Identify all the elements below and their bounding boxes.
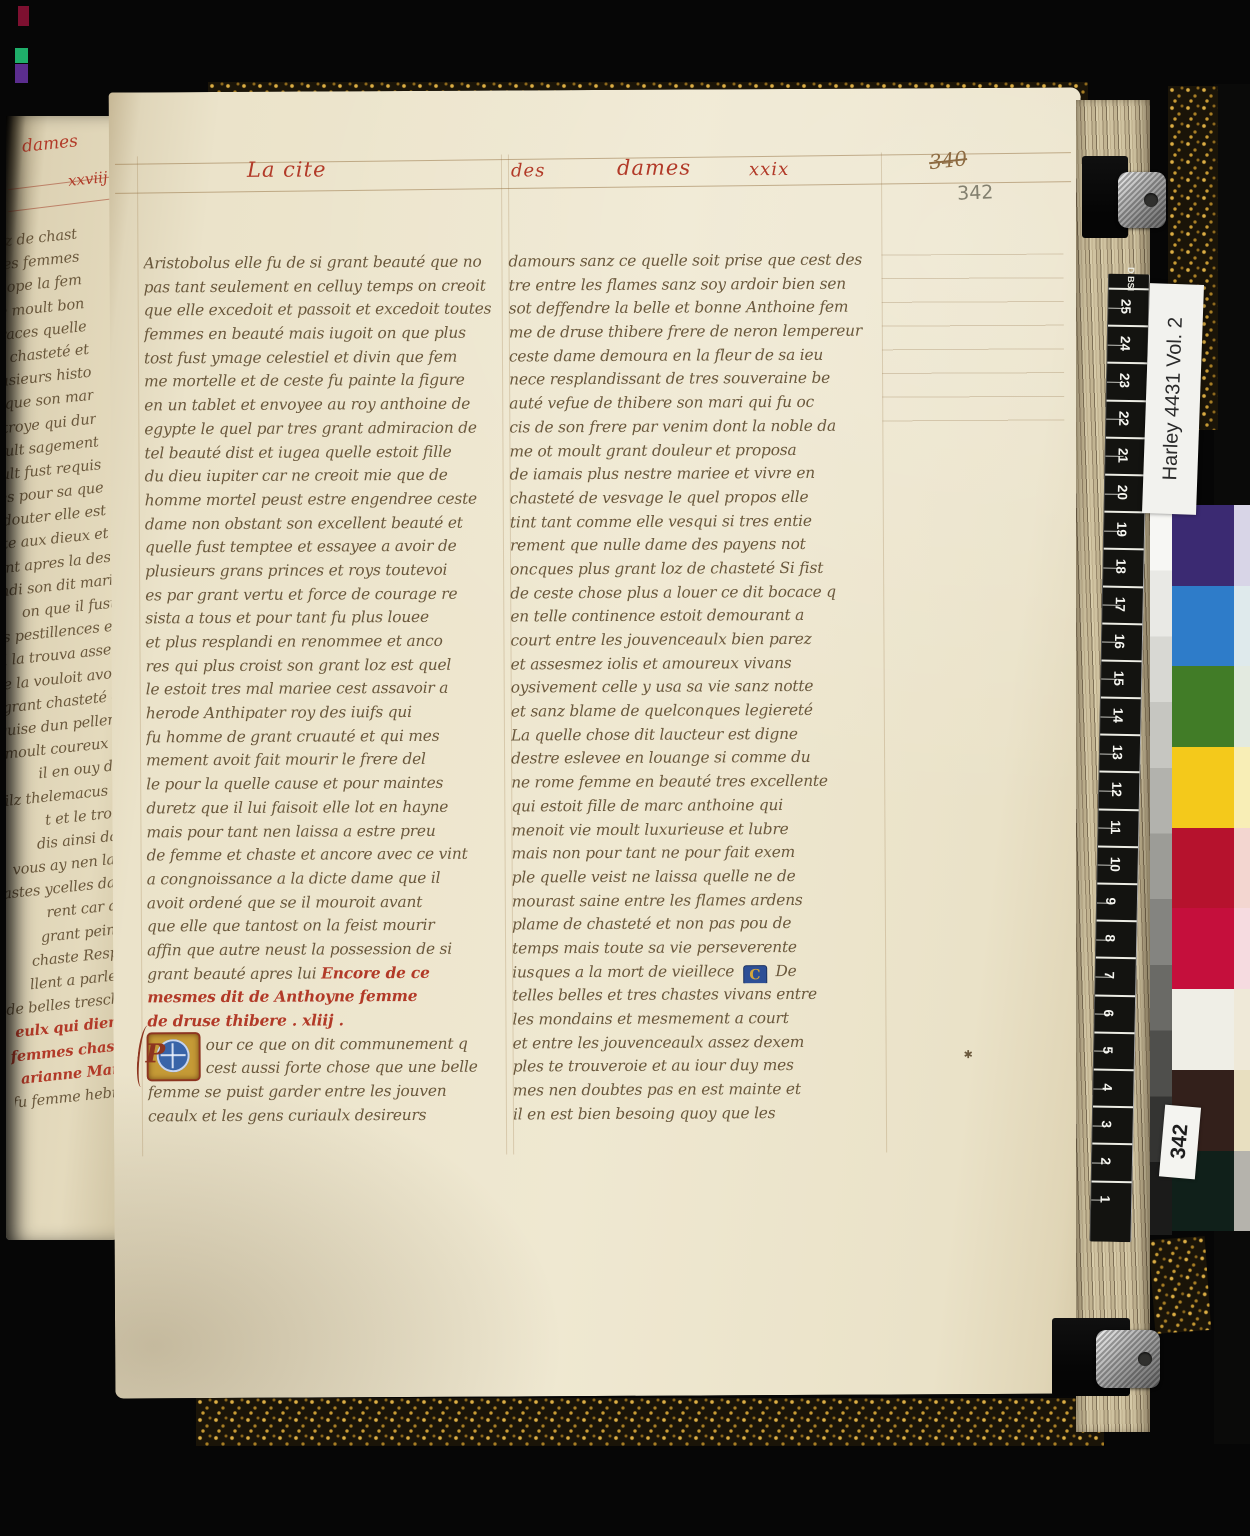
text-segment: Aristobolus elle fu de si grant beauté q… (143, 253, 481, 273)
text-segment: chasteté de vesvage le quel propos elle (510, 488, 809, 508)
text-segment: oysivement celle y usa sa vie sanz notte (511, 677, 814, 697)
gilt-binding-corner (1149, 1236, 1211, 1334)
ruler-number-cell: 5 (1094, 1031, 1135, 1069)
manuscript-line: grant beauté apres lui Encore de ce (147, 961, 507, 987)
text-segment: mement avoit fait mourir le frere del (146, 750, 426, 769)
text-segment: et sanz blame de quelconques legiereté (511, 701, 813, 721)
manuscript-line: fu homme de grant cruauté et qui mes (146, 724, 506, 750)
text-segment: me mortelle et de ceste fu painte la fig… (144, 371, 465, 391)
manuscript-line: homme mortel peust estre engendree ceste (145, 487, 505, 513)
ruler-number: 1 (1097, 1195, 1112, 1203)
ruler-number: 8 (1102, 935, 1117, 943)
text-segment: damours sanz ce quelle soit prise que ce… (508, 251, 862, 271)
ruler-number: 10 (1108, 856, 1123, 871)
manuscript-line: ne rome femme en beauté tres excellente (511, 770, 883, 796)
manuscript-line: oncques plus grant loz de chasteté Si fi… (510, 556, 882, 582)
manuscript-line: de ceste chose plus a louer ce dit bocac… (510, 580, 882, 606)
ruler-number-cell: 20 (1104, 474, 1145, 512)
color-patch-purple (1172, 505, 1250, 586)
ruler-number: 13 (1110, 745, 1125, 760)
manuscript-line: temps mais toute sa vie perseverente (512, 935, 884, 961)
text-segment: mourast saine entre les flames ardens (512, 890, 803, 910)
text-segment: tint tant comme elle vesqui si tres enti… (510, 511, 812, 531)
text-column-left: P Aristobolus elle fu de si grant beauté… (143, 250, 508, 1128)
ruler-number-cell: 11 (1098, 808, 1139, 846)
text-column-right: damours sanz ce quelle soit prise que ce… (508, 249, 885, 1127)
manuscript-line: oysivement celle y usa sa vie sanz notte (511, 675, 883, 701)
patch-swatch (1172, 908, 1234, 989)
text-segment: et entre les jouvenceaulx assez dexem (513, 1033, 805, 1053)
text-segment: telles belles et tres chastes vivans ent… (512, 985, 817, 1005)
patch-swatch-pale (1234, 1151, 1250, 1232)
manuscript-line: sista a tous et pour tant fu plus louee (145, 606, 505, 632)
patch-swatch-pale (1234, 989, 1250, 1070)
ruler-number-cell: 24 (1107, 325, 1148, 363)
folio-number-pencil: 342 (957, 181, 994, 204)
text-segment: rement que nulle dame des payens not (510, 535, 806, 555)
patch-swatch (1172, 747, 1234, 828)
shelfmark-label: Harley 4431 Vol. 2 (1142, 283, 1204, 515)
text-segment: que elle que tantost on la feist mourir (147, 916, 435, 936)
chapter-numeral: xxix (749, 159, 789, 180)
text-segment: herode Anthipater roy des iuifs qui (146, 703, 412, 722)
ruler-number-cell: 7 (1095, 957, 1136, 995)
text-segment: homme mortel peust estre engendree ceste (145, 490, 477, 510)
text-segment: femme se puist garder entre les jouven (148, 1082, 447, 1102)
ruler-number: 14 (1110, 708, 1125, 723)
ruler-number: 9 (1103, 897, 1118, 905)
manuscript-line: La quelle chose dit laucteur est digne (511, 722, 883, 748)
text-segment: a congnoissance a la dicte dame que il (147, 869, 441, 889)
manuscript-line: femme se puist garder entre les jouven (148, 1080, 508, 1106)
text-segment: me ot moult grant douleur et proposa (509, 440, 796, 460)
ruler-number-cell: 16 (1102, 622, 1143, 660)
ruler-number-cell: 4 (1093, 1068, 1134, 1106)
text-segment: destre eslevee en louange si comme du (511, 748, 810, 768)
manuscript-line: quelle fust temptee et essayee a avoir d… (145, 535, 505, 561)
ruler-number-cell: 9 (1097, 883, 1138, 921)
color-patch-green (1172, 666, 1250, 747)
ruler-number: 17 (1113, 596, 1128, 611)
shelfmark-text: Harley 4431 Vol. 2 (1159, 317, 1188, 481)
manuscript-line: our ce que on dit communement q (148, 1032, 508, 1058)
manuscript-line: court entre les jouvenceaulx bien parez (510, 628, 882, 654)
text-segment: mais pour tant nen laissa a estre preu (146, 821, 435, 841)
recto-page: La cite des dames xxix 340 342 P Aristob… (109, 87, 1088, 1398)
text-segment: qui estoit fille de marc anthoine qui (511, 796, 783, 815)
text-segment: il en est bien besoing quoy que les (513, 1104, 776, 1123)
manuscript-line: que elle que tantost on la feist mourir (147, 914, 507, 940)
text-segment: que elle excedoit et passoit et excedoit… (144, 300, 492, 320)
manuscript-line: mourast saine entre les flames ardens (512, 888, 884, 914)
manuscript-line: me de druse thibere frere de neron lempe… (509, 320, 881, 346)
patch-swatch-pale (1234, 666, 1250, 747)
text-segment: our ce que on dit communement q (206, 1034, 468, 1053)
text-segment: court entre les jouvenceaulx bien parez (510, 630, 811, 650)
text-segment: cest aussi forte chose que une belle (206, 1058, 478, 1077)
manuscript-line: duretz que il lui faisoit elle lot en ha… (146, 795, 506, 821)
ruler-number-cell: 10 (1097, 845, 1138, 883)
ruler-number: 25 (1118, 299, 1133, 314)
patch-swatch (1172, 828, 1234, 909)
text-segment: sot deffendre la belle et bonne Anthoine… (509, 298, 849, 318)
manuscript-line: sot deffendre la belle et bonne Anthoine… (509, 296, 881, 322)
manuscript-line: me mortelle et de ceste fu painte la fig… (144, 369, 504, 395)
ruler-number-cell: 2 (1092, 1143, 1133, 1181)
manuscript-line: de femme et chaste et ancore avec ce vin… (147, 843, 507, 869)
text-segment: es par grant vertu et force de courage r… (145, 584, 457, 604)
text-segment: ne rome femme en beauté tres excellente (511, 772, 828, 792)
ruler-number: 16 (1112, 633, 1127, 648)
manuscript-line: ple quelle veist ne laissa quelle ne de (512, 864, 884, 890)
manuscript-line: ceste dame demoura en la fleur de sa ieu (509, 343, 881, 369)
text-segment: De (771, 962, 797, 980)
ruler-number-cell: 19 (1104, 511, 1145, 549)
patch-swatch-pale (1234, 505, 1250, 586)
text-segment: me de druse thibere frere de neron lempe… (509, 322, 862, 342)
manuscript-line: et assesmez iolis et amoureux vivans (511, 651, 883, 677)
manuscript-line: en telle continence estoit demourant a (510, 604, 882, 630)
manuscript-line: que elle excedoit et passoit et excedoit… (144, 298, 504, 324)
patch-swatch (1172, 505, 1234, 586)
text-segment: nece resplandissant de tres souveraine b… (509, 369, 830, 389)
text-segment: plame de chasteté et non pas pou de (512, 914, 791, 933)
ruler-number-cell: 1 (1091, 1180, 1132, 1218)
text-segment: iusques a la mort de vieillece (512, 962, 739, 981)
margin-ruling-lines (881, 254, 1064, 423)
ruler-number: 11 (1108, 820, 1123, 835)
text-segment: auté vefue de thibere son mari qui fu oc (509, 393, 814, 413)
text-segment: avoit ordené que se il mouroit avant (147, 892, 422, 911)
text-segment: temps mais toute sa vie perseverente (512, 938, 797, 957)
text-segment: grant beauté apres lui (147, 964, 321, 983)
manuscript-line: de iamais plus nestre mariee et vivre en (510, 462, 882, 488)
running-title-part: dames (617, 156, 691, 180)
text-segment: cis de son frere par venim dont la noble… (509, 417, 836, 437)
binder-clip-top-handle (1118, 172, 1166, 228)
text-segment: le estoit tres mal mariee cest assavoir … (146, 679, 449, 699)
text-segment: femmes en beauté mais iugoit on que plus (144, 324, 466, 344)
manuscript-line: es par grant vertu et force de courage r… (145, 582, 505, 608)
manuscript-line: cis de son frere par venim dont la noble… (509, 414, 881, 440)
text-segment: Encore de ce (321, 964, 430, 983)
running-title-part: La cite (247, 157, 327, 181)
manuscript-line: tint tant comme elle vesqui si tres enti… (510, 509, 882, 535)
text-segment: plusieurs grans princes et roys toutevoi (145, 561, 447, 581)
verso-text-column: mes payennes assez de chastbonnes preude… (6, 222, 122, 1114)
color-patch-blue (1172, 586, 1250, 667)
manuscript-line: et entre les jouvenceaulx assez dexem (513, 1030, 885, 1056)
manuscript-line: dame non obstant son excellent beauté et (145, 511, 505, 537)
ruler-number: 5 (1100, 1046, 1115, 1054)
running-title-part: des (511, 160, 546, 181)
folio-sticker-text: 342 (1167, 1123, 1194, 1160)
manuscript-line: a congnoissance a la dicte dame que il (147, 866, 507, 892)
text-segment: de ceste chose plus a louer ce dit bocac… (510, 582, 836, 602)
manuscript-line: mes nen doubtes pas en est mainte et (513, 1078, 885, 1104)
marginal-mark: ✱ (964, 1048, 973, 1061)
text-segment: tel beauté dist et iugea quelle estoit f… (144, 442, 451, 462)
text-segment: La quelle chose dit laucteur est digne (511, 725, 798, 745)
text-segment: ples te trouveroie et au iour duy mes (513, 1056, 794, 1075)
manuscript-line: de druse thibere . xliij . (147, 1008, 507, 1034)
text-segment: oncques plus grant loz de chasteté Si fi… (510, 559, 823, 579)
text-segment: de femme et chaste et ancore avec ce vin… (147, 845, 468, 865)
patch-swatch-pale (1234, 586, 1250, 667)
text-segment: affin que autre neust la possession de s… (147, 940, 452, 960)
text-segment: sista a tous et pour tant fu plus louee (145, 608, 429, 627)
ruler-number: 4 (1100, 1083, 1115, 1091)
text-segment: mesmes dit de Anthoyne femme (147, 987, 417, 1006)
ruler-number: 19 (1114, 522, 1129, 537)
ruler-number-cell: 12 (1099, 771, 1140, 809)
manuscript-line: auté vefue de thibere son mari qui fu oc (509, 391, 881, 417)
manuscript-line: Aristobolus elle fu de si grant beauté q… (143, 250, 503, 276)
manuscript-line: mement avoit fait mourir le frere del (146, 748, 506, 774)
gilt-binding-bottom-edge (196, 1398, 1104, 1446)
ruler-number-cell: 3 (1092, 1106, 1133, 1144)
text-segment: dame non obstant son excellent beauté et (145, 513, 463, 533)
manuscript-line: et plus resplandi en renommee et anco (145, 629, 505, 655)
ruler-number-cell: 25 (1108, 288, 1149, 326)
ruler-number: 24 (1118, 336, 1133, 351)
manuscript-line: mais pour tant nen laissa a estre preu (146, 819, 506, 845)
manuscript-line: les mondains et mesmement a court (512, 1007, 884, 1033)
manuscript-line: destre eslevee en louange si comme du (511, 746, 883, 772)
color-patch-crimson (1172, 908, 1250, 989)
color-patch-white (1172, 989, 1250, 1070)
ruler-number-cell: 13 (1099, 734, 1140, 772)
folio-sticker: 342 (1159, 1105, 1201, 1180)
verso-page-edge: dames xxviij mes payennes assez de chast… (6, 116, 122, 1240)
text-segment: mais non pour tant ne pour fait exem (512, 843, 796, 862)
patch-swatch-pale (1234, 1070, 1250, 1151)
manuscript-line: damours sanz ce quelle soit prise que ce… (508, 249, 880, 275)
ruler-number: 2 (1098, 1158, 1113, 1166)
text-segment: les mondains et mesmement a court (512, 1009, 788, 1028)
binder-clip-bottom-handle (1096, 1330, 1160, 1388)
patch-swatch-pale (1234, 747, 1250, 828)
ruler-number: 22 (1116, 410, 1131, 425)
manuscript-line: et sanz blame de quelconques legiereté (511, 699, 883, 725)
ruler-number-cell: 15 (1101, 659, 1142, 697)
verso-running-title: dames (21, 131, 79, 157)
color-patch-red (1172, 828, 1250, 909)
manuscript-line: tre entre les flames sanz soy ardoir bie… (509, 272, 881, 298)
manuscript-line: me ot moult grant douleur et proposa (509, 438, 881, 464)
text-segment: ple quelle veist ne laissa quelle ne de (512, 867, 796, 886)
manuscript-line: chasteté de vesvage le quel propos elle (510, 485, 882, 511)
manuscript-line: qui estoit fille de marc anthoine qui (511, 793, 883, 819)
column-ruling-line (137, 156, 143, 1156)
color-patch-yellow (1172, 747, 1250, 828)
patch-swatch (1172, 586, 1234, 667)
text-segment: duretz que il lui faisoit elle lot en ha… (146, 798, 448, 818)
ruler-number: 15 (1111, 671, 1126, 686)
folio-number-ink: 340 (928, 146, 969, 174)
text-segment: le pour la quelle cause et pour maintes (146, 774, 443, 794)
text-segment: pas tant seulement en celluy temps on cr… (144, 276, 486, 296)
text-segment: egypte le quel par tres grant admiracion… (144, 418, 477, 438)
verso-ruling-line (8, 197, 122, 212)
text-segment: ceaulx et les gens curiaulx desireurs (148, 1106, 426, 1125)
ruler-number: 12 (1109, 782, 1124, 797)
calibration-fragment-red (18, 6, 29, 26)
ruler-number-cell: 6 (1094, 994, 1135, 1032)
ruler-number: 21 (1115, 448, 1130, 463)
manuscript-line: ceaulx et les gens curiaulx desireurs (148, 1103, 508, 1129)
ruler-number: 23 (1117, 373, 1132, 388)
manuscript-line: menoit vie moult luxurieuse et lubre (511, 817, 883, 843)
ruler-number-cell: 17 (1102, 585, 1143, 623)
text-segment: en un tablet et envoyee au roy anthoine … (144, 395, 470, 415)
paraph-mark: C (744, 966, 766, 985)
text-segment: et plus resplandi en renommee et anco (145, 632, 442, 652)
manuscript-line: du dieu iupiter car ne creoit mie que de (145, 464, 505, 490)
text-segment: en telle continence estoit demourant a (510, 606, 804, 626)
calibration-fragment-purple (15, 64, 28, 83)
text-segment: du dieu iupiter car ne creoit mie que de (145, 466, 448, 486)
text-segment: res qui plus croist son grant loz est qu… (146, 655, 452, 675)
manuscript-line: tost fust ymage celestiel et divin que f… (144, 345, 504, 371)
patch-swatch-pale (1234, 908, 1250, 989)
ruler-number: 20 (1115, 485, 1130, 500)
manuscript-line: tel beauté dist et iugea quelle estoit f… (144, 440, 504, 466)
text-segment: ceste dame demoura en la fleur de sa ieu (509, 346, 823, 366)
ruler-number-cell: 8 (1096, 920, 1137, 958)
text-segment: et assesmez iolis et amoureux vivans (511, 654, 792, 673)
manuscript-line: pas tant seulement en celluy temps on cr… (144, 274, 504, 300)
patch-swatch (1172, 989, 1234, 1070)
patch-swatch (1172, 666, 1234, 747)
manuscript-line: res qui plus croist son grant loz est qu… (146, 653, 506, 679)
text-segment: de iamais plus nestre mariee et vivre en (510, 464, 815, 484)
ruler-number: 18 (1113, 559, 1128, 574)
ruler-number-cell: 18 (1103, 548, 1144, 586)
ruler-number-cell: 21 (1105, 436, 1146, 474)
manuscript-line: il en est bien besoing quoy que les (513, 1101, 885, 1127)
text-segment: menoit vie moult luxurieuse et lubre (511, 820, 788, 839)
manuscript-line: ples te trouveroie et au iour duy mes (513, 1054, 885, 1080)
manuscript-line: telles belles et tres chastes vivans ent… (512, 983, 884, 1009)
text-segment: fu homme de grant cruauté et qui mes (146, 727, 440, 747)
ruler-number-cell: 23 (1107, 362, 1148, 400)
manuscript-line: en un tablet et envoyee au roy anthoine … (144, 393, 504, 419)
manuscript-line: plusieurs grans princes et roys toutevoi (145, 558, 505, 584)
manuscript-line: cest aussi forte chose que une belle (148, 1056, 508, 1082)
manuscript-line: affin que autre neust la possession de s… (147, 937, 507, 963)
decorated-initial: P (148, 1033, 200, 1080)
header-ruling-line (115, 181, 1071, 194)
manuscript-line: femmes en beauté mais iugoit on que plus (144, 322, 504, 348)
manuscript-photo: dames xxviij mes payennes assez de chast… (0, 0, 1250, 1536)
manuscript-line: mesmes dit de Anthoyne femme (147, 985, 507, 1011)
manuscript-line: nece resplandissant de tres souveraine b… (509, 367, 881, 393)
ruler-number: 7 (1102, 972, 1117, 980)
patch-swatch-pale (1234, 828, 1250, 909)
manuscript-line: le pour la quelle cause et pour maintes (146, 772, 506, 798)
calibration-fragment-green (15, 48, 28, 63)
ruler-number-cell: 14 (1100, 697, 1141, 735)
text-segment: de druse thibere . xliij . (147, 1011, 343, 1030)
text-segment: mes nen doubtes pas en est mainte et (513, 1080, 801, 1100)
manuscript-line: herode Anthipater roy des iuifs qui (146, 701, 506, 727)
text-segment: tost fust ymage celestiel et divin que f… (144, 347, 457, 367)
manuscript-line: avoit ordené que se il mouroit avant (147, 890, 507, 916)
text-segment: quelle fust temptee et essayee a avoir d… (145, 537, 457, 557)
manuscript-line: egypte le quel par tres grant admiracion… (144, 416, 504, 442)
manuscript-line: mais non pour tant ne pour fait exem (512, 841, 884, 867)
manuscript-line: iusques a la mort de vieillece C De (512, 959, 884, 985)
manuscript-line: rement que nulle dame des payens not (510, 533, 882, 559)
text-segment: tre entre les flames sanz soy ardoir bie… (509, 274, 846, 294)
ruler-number: 6 (1101, 1009, 1116, 1017)
manuscript-line: plame de chasteté et non pas pou de (512, 912, 884, 938)
ruler-number-cell: 22 (1106, 399, 1147, 437)
manuscript-line: le estoit tres mal mariee cest assavoir … (146, 677, 506, 703)
ruler-number: 3 (1099, 1120, 1114, 1128)
